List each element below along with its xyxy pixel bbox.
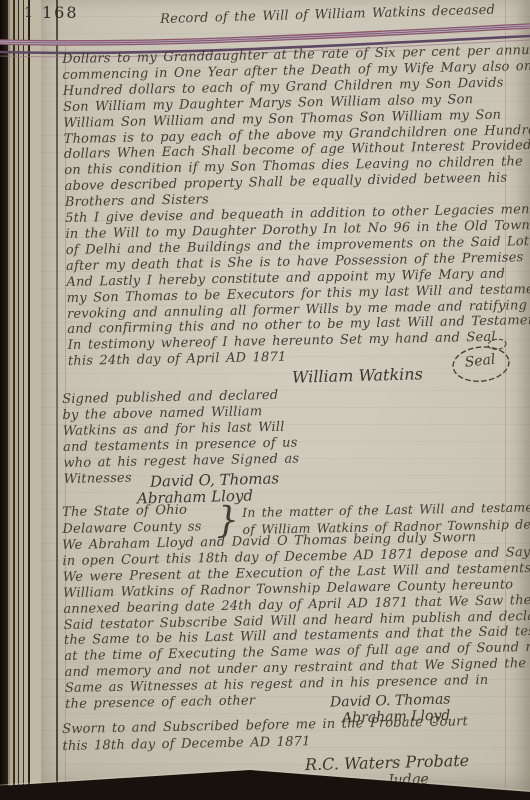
seal-label: Seal [464, 352, 496, 371]
edge-page-number: 1 [24, 5, 33, 21]
seal-stamp: Seal [444, 334, 519, 393]
probate-caption-venue: The State of OhioDelaware County ss [62, 501, 238, 538]
book-gutter [0, 0, 8, 800]
will-body-text: Dollars to my Granddaughter at the rate … [62, 43, 518, 370]
testator-signature: William Watkins [292, 364, 423, 386]
stacked-page-edges [8, 0, 28, 800]
record-book-page: 1 168 Record of the Will of William Watk… [0, 0, 530, 800]
page-fold-line [56, 0, 58, 800]
judge-title: Judge [388, 771, 429, 788]
page-number: 168 [42, 3, 79, 22]
affidavit-text: We Abraham Lloyd and David O Thomas bein… [62, 529, 515, 713]
